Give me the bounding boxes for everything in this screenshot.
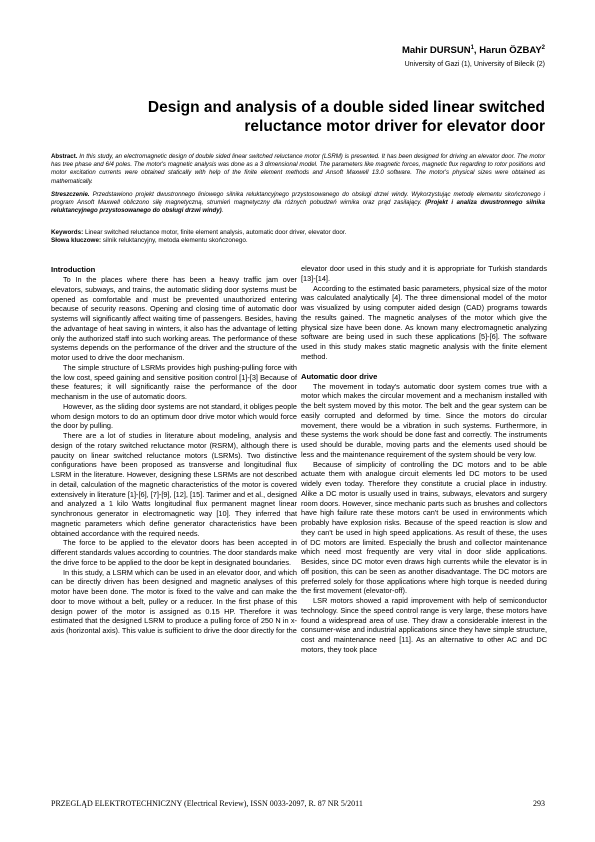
author-1: Mahir DURSUN (402, 45, 471, 56)
affiliation: University of Gazi (1), University of Bi… (402, 61, 545, 68)
paper-title: Design and analysis of a double sided li… (85, 98, 545, 136)
streszczenie-label: Streszczenie. (51, 191, 90, 198)
author-block: Mahir DURSUN1, Harun ÖZBAY2 University o… (402, 45, 545, 68)
slowa-kluczowe: Słowa kluczowe: silnik reluktancyjny, me… (51, 237, 545, 245)
spacer (301, 362, 547, 371)
streszczenie: Streszczenie. Przedstawiono projekt dwus… (51, 191, 545, 216)
journal-citation: PRZEGLĄD ELEKTROTECHNICZNY (Electrical R… (51, 799, 363, 808)
page-footer: PRZEGLĄD ELEKTROTECHNICZNY (Electrical R… (51, 799, 545, 808)
section-heading-introduction: Introduction (51, 264, 297, 275)
abstract-label: Abstract. (51, 153, 77, 160)
abstract: Abstract. In this study, an electromagne… (51, 153, 545, 186)
left-column: Introduction To In the places where ther… (51, 264, 297, 636)
author-names: Mahir DURSUN1, Harun ÖZBAY2 (402, 45, 545, 56)
right-column: elevator door used in this study and it … (301, 264, 547, 655)
paragraph: There are a lot of studies in literature… (51, 431, 297, 538)
paragraph: To In the places where there has been a … (51, 275, 297, 363)
page-number: 293 (533, 799, 545, 808)
paragraph: In this study, a LSRM which can be used … (51, 568, 297, 636)
section-heading-automatic-door-drive: Automatic door drive (301, 371, 547, 382)
author-2: Harun ÖZBAY (479, 45, 541, 56)
paragraph: LSR motors showed a rapid improvement wi… (301, 596, 547, 655)
paragraph: According to the estimated basic paramet… (301, 284, 547, 362)
keywords-block: Keywords: Linear switched reluctance mot… (51, 229, 545, 245)
paragraph: Because of simplicity of controlling the… (301, 460, 547, 597)
paragraph: The force to be applied to the elevator … (51, 538, 297, 567)
paragraph: The simple structure of LSRMs provides h… (51, 363, 297, 402)
keywords: Keywords: Linear switched reluctance mot… (51, 229, 545, 237)
paragraph: elevator door used in this study and it … (301, 264, 547, 284)
paragraph: However, as the sliding door systems are… (51, 402, 297, 431)
paragraph: The movement in today's automatic door s… (301, 382, 547, 460)
